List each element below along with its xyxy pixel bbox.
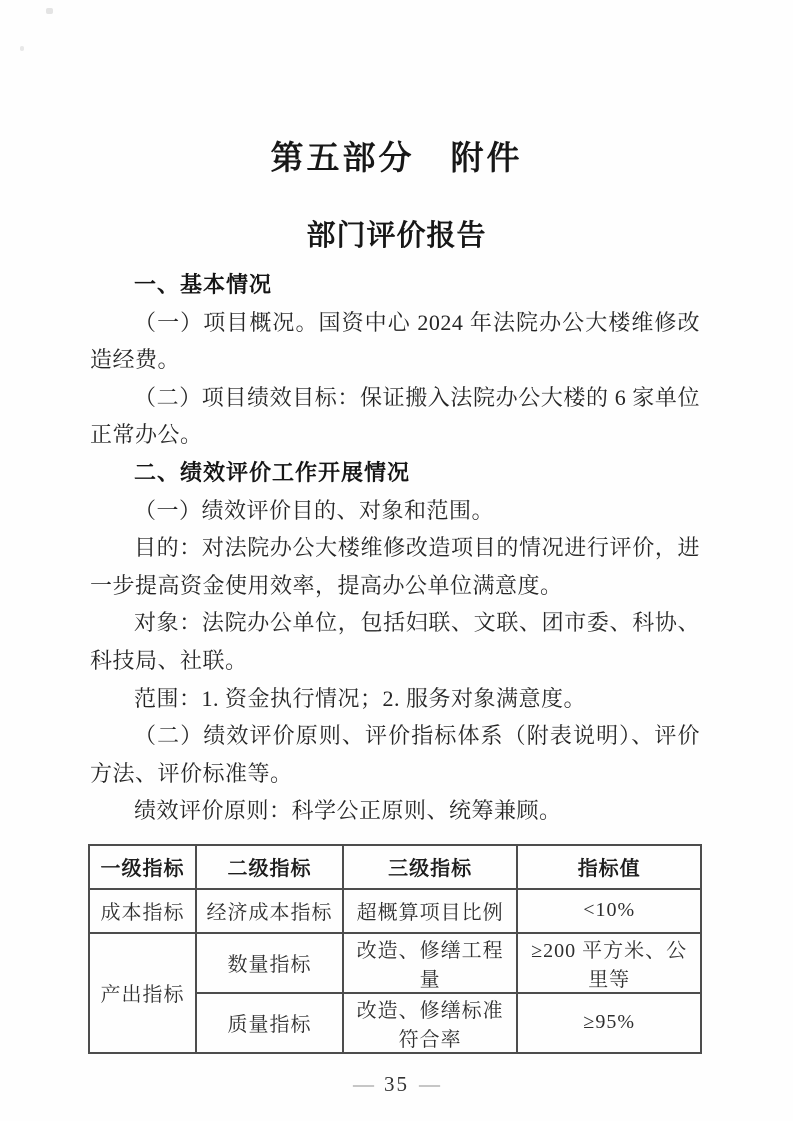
table-cell-level1-merged: 产出指标	[89, 933, 196, 1053]
scan-speck	[46, 8, 53, 14]
para-scope: 范围：1. 资金执行情况；2. 服务对象满意度。	[90, 680, 700, 718]
table-row: 产出指标 数量指标 改造、修缮工程量 ≥200 平方米、公里等	[89, 933, 701, 993]
footer-dash-left: —	[343, 1072, 384, 1096]
table-cell-level3: 改造、修缮标准符合率	[343, 993, 517, 1053]
para-eval-principle: 绩效评价原则：科学公正原则、统筹兼顾。	[90, 792, 700, 830]
table-cell-level2: 质量指标	[196, 993, 343, 1053]
header-level1-indicator: 一级指标	[89, 845, 196, 889]
table-cell-level2: 经济成本指标	[196, 889, 343, 933]
footer-dash-right: —	[409, 1072, 450, 1096]
header-level3-indicator: 三级指标	[343, 845, 517, 889]
page-footer: —35—	[0, 1071, 793, 1097]
report-title: 部门评价报告	[0, 218, 793, 254]
table-header-row: 一级指标 二级指标 三级指标 指标值	[89, 845, 701, 889]
header-indicator-value: 指标值	[517, 845, 701, 889]
table-cell-value: <10%	[517, 889, 701, 933]
para-eval-purpose-target-scope: （一）绩效评价目的、对象和范围。	[90, 492, 700, 530]
table-cell-value: ≥200 平方米、公里等	[517, 933, 701, 993]
para-purpose: 目的：对法院办公大楼维修改造项目的情况进行评价，进一步提高资金使用效率，提高办公…	[90, 529, 700, 604]
table-cell-value: ≥95%	[517, 993, 701, 1053]
header-level2-indicator: 二级指标	[196, 845, 343, 889]
part-title: 第五部分 附件	[0, 0, 793, 180]
section-heading-evaluation-work: 二、绩效评价工作开展情况	[90, 454, 700, 492]
table-row: 成本指标 经济成本指标 超概算项目比例 <10%	[89, 889, 701, 933]
para-performance-goal: （二）项目绩效目标：保证搬入法院办公大楼的 6 家单位正常办公。	[90, 379, 700, 454]
page-number: 35	[384, 1072, 409, 1096]
para-target: 对象：法院办公单位，包括妇联、文联、团市委、科协、科技局、社联。	[90, 604, 700, 679]
section-heading-basic-info: 一、基本情况	[90, 266, 700, 304]
table-cell-level2: 数量指标	[196, 933, 343, 993]
table-cell-level1: 成本指标	[89, 889, 196, 933]
para-project-overview: （一）项目概况。国资中心 2024 年法院办公大楼维修改造经费。	[90, 304, 700, 379]
para-eval-principles-system: （二）绩效评价原则、评价指标体系（附表说明）、评价方法、评价标准等。	[90, 717, 700, 792]
document-page: 第五部分 附件 部门评价报告 一、基本情况 （一）项目概况。国资中心 2024 …	[0, 0, 793, 1121]
table-cell-level3: 超概算项目比例	[343, 889, 517, 933]
scan-speck	[20, 46, 24, 51]
document-body: 一、基本情况 （一）项目概况。国资中心 2024 年法院办公大楼维修改造经费。 …	[90, 266, 700, 830]
indicators-table: 一级指标 二级指标 三级指标 指标值 成本指标 经济成本指标 超概算项目比例 <…	[88, 844, 702, 1054]
table-cell-level3: 改造、修缮工程量	[343, 933, 517, 993]
